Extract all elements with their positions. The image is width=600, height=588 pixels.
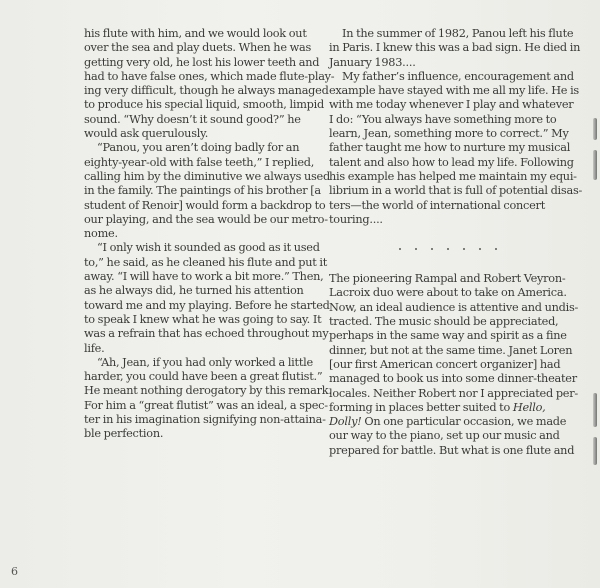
right-section-2: The pioneering Rampal and Robert Veyron-… [329, 272, 567, 401]
text-fragment: On one particular occasion, we made [362, 415, 567, 428]
text-line: ble perfection. [84, 427, 324, 441]
section-separator-dots [329, 244, 567, 254]
text-line: in the family. The paintings of his brot… [84, 184, 324, 198]
book-page: his flute with him, and we would look ou… [0, 0, 600, 588]
text-line-italic-hello: forming in places better suited to Hello… [329, 401, 567, 415]
text-line: librium in a world that is full of poten… [329, 184, 567, 198]
text-line: ing very difficult, though he always man… [84, 84, 324, 98]
text-line: would ask querulously. [84, 127, 324, 141]
text-line: ter in his imagination signifying non-at… [84, 413, 324, 427]
text-line: “I only wish it sounded as good as it us… [84, 241, 324, 255]
text-line-italic-dolly: Dolly! On one particular occasion, we ma… [329, 415, 567, 429]
text-line: to produce his special liquid, smooth, l… [84, 98, 324, 112]
right-section-1: In the summer of 1982, Panou left his fl… [329, 27, 567, 227]
text-line: sound. “Why doesn’t it sound good?” he [84, 113, 324, 127]
text-line: “Panou, you aren’t doing badly for an [84, 141, 324, 155]
text-line: [our first American concert organizer] h… [329, 358, 567, 372]
text-line: his flute with him, and we would look ou… [84, 27, 324, 41]
text-line: talent and also how to lead my life. Fol… [329, 156, 567, 170]
separator-dot [415, 248, 417, 250]
text-line: calling him by the diminutive we always … [84, 170, 324, 184]
scan-edge-mark [593, 118, 597, 140]
text-line: had to have false ones, which made flute… [84, 70, 324, 84]
text-line: locales. Neither Robert nor I appreciate… [329, 387, 567, 401]
text-line: life. [84, 342, 324, 356]
text-line: as he always did, he turned his attentio… [84, 284, 324, 298]
text-line: student of Renoir] would form a backdrop… [84, 199, 324, 213]
text-line: managed to book us into some dinner-thea… [329, 372, 567, 386]
text-line: dinner, but not at the same time. Janet … [329, 344, 567, 358]
text-line: Lacroix duo were about to take on Americ… [329, 286, 567, 300]
text-line: getting very old, he lost his lower teet… [84, 56, 324, 70]
text-line: to,” he said, as he cleaned his flute an… [84, 256, 324, 270]
italic-title-fragment: Hello, [513, 401, 546, 414]
text-line: Now, an ideal audience is attentive and … [329, 301, 567, 315]
text-line: prepared for battle. But what is one flu… [329, 444, 567, 458]
separator-dot [479, 248, 481, 250]
text-line: January 1983.... [329, 56, 567, 70]
text-line: away. “I will have to work a bit more.” … [84, 270, 324, 284]
text-line: tracted. The music should be appreciated… [329, 315, 567, 329]
page-number: 6 [11, 565, 18, 578]
text-line: In the summer of 1982, Panou left his fl… [329, 27, 567, 41]
text-line: “Ah, Jean, if you had only worked a litt… [84, 356, 324, 370]
separator-dot [495, 248, 497, 250]
separator-dot [431, 248, 433, 250]
text-line: over the sea and play duets. When he was [84, 41, 324, 55]
text-fragment: forming in places better suited to [329, 401, 513, 414]
text-line: perhaps in the same way and spirit as a … [329, 329, 567, 343]
text-line: The pioneering Rampal and Robert Veyron- [329, 272, 567, 286]
scan-edge-mark [593, 437, 597, 465]
left-text-column: his flute with him, and we would look ou… [84, 27, 324, 442]
scan-edge-mark [593, 150, 597, 180]
text-line: For him a “great flutist” was an ideal, … [84, 399, 324, 413]
text-line: his example has helped me maintain my eq… [329, 170, 567, 184]
text-line: was a refrain that has echoed throughout… [84, 327, 324, 341]
text-line: to speak I knew what he was going to say… [84, 313, 324, 327]
right-section-2-tail: our way to the piano, set up our music a… [329, 429, 567, 458]
italic-title-fragment: Dolly! [329, 415, 362, 428]
text-line: our playing, and the sea would be our me… [84, 213, 324, 227]
text-line: our way to the piano, set up our music a… [329, 429, 567, 443]
text-line: learn, Jean, something more to correct.”… [329, 127, 567, 141]
text-line: eighty-year-old with false teeth,” I rep… [84, 156, 324, 170]
text-line: with me today whenever I play and whatev… [329, 98, 567, 112]
text-line: harder, you could have been a great flut… [84, 370, 324, 384]
separator-dot [463, 248, 465, 250]
text-line: My father’s influence, encouragement and [329, 70, 567, 84]
text-line: He meant nothing derogatory by this rema… [84, 384, 324, 398]
text-line: touring.... [329, 213, 567, 227]
separator-dot [447, 248, 449, 250]
right-text-column: In the summer of 1982, Panou left his fl… [329, 27, 567, 458]
text-line: I do: “You always have something more to [329, 113, 567, 127]
text-line: ters—the world of international concert [329, 199, 567, 213]
text-line: in Paris. I knew this was a bad sign. He… [329, 41, 567, 55]
text-line: nome. [84, 227, 324, 241]
text-line: father taught me how to nurture my music… [329, 141, 567, 155]
separator-dot [399, 248, 401, 250]
text-line: toward me and my playing. Before he star… [84, 299, 324, 313]
scan-edge-mark [593, 393, 597, 427]
text-line: example have stayed with me all my life.… [329, 84, 567, 98]
